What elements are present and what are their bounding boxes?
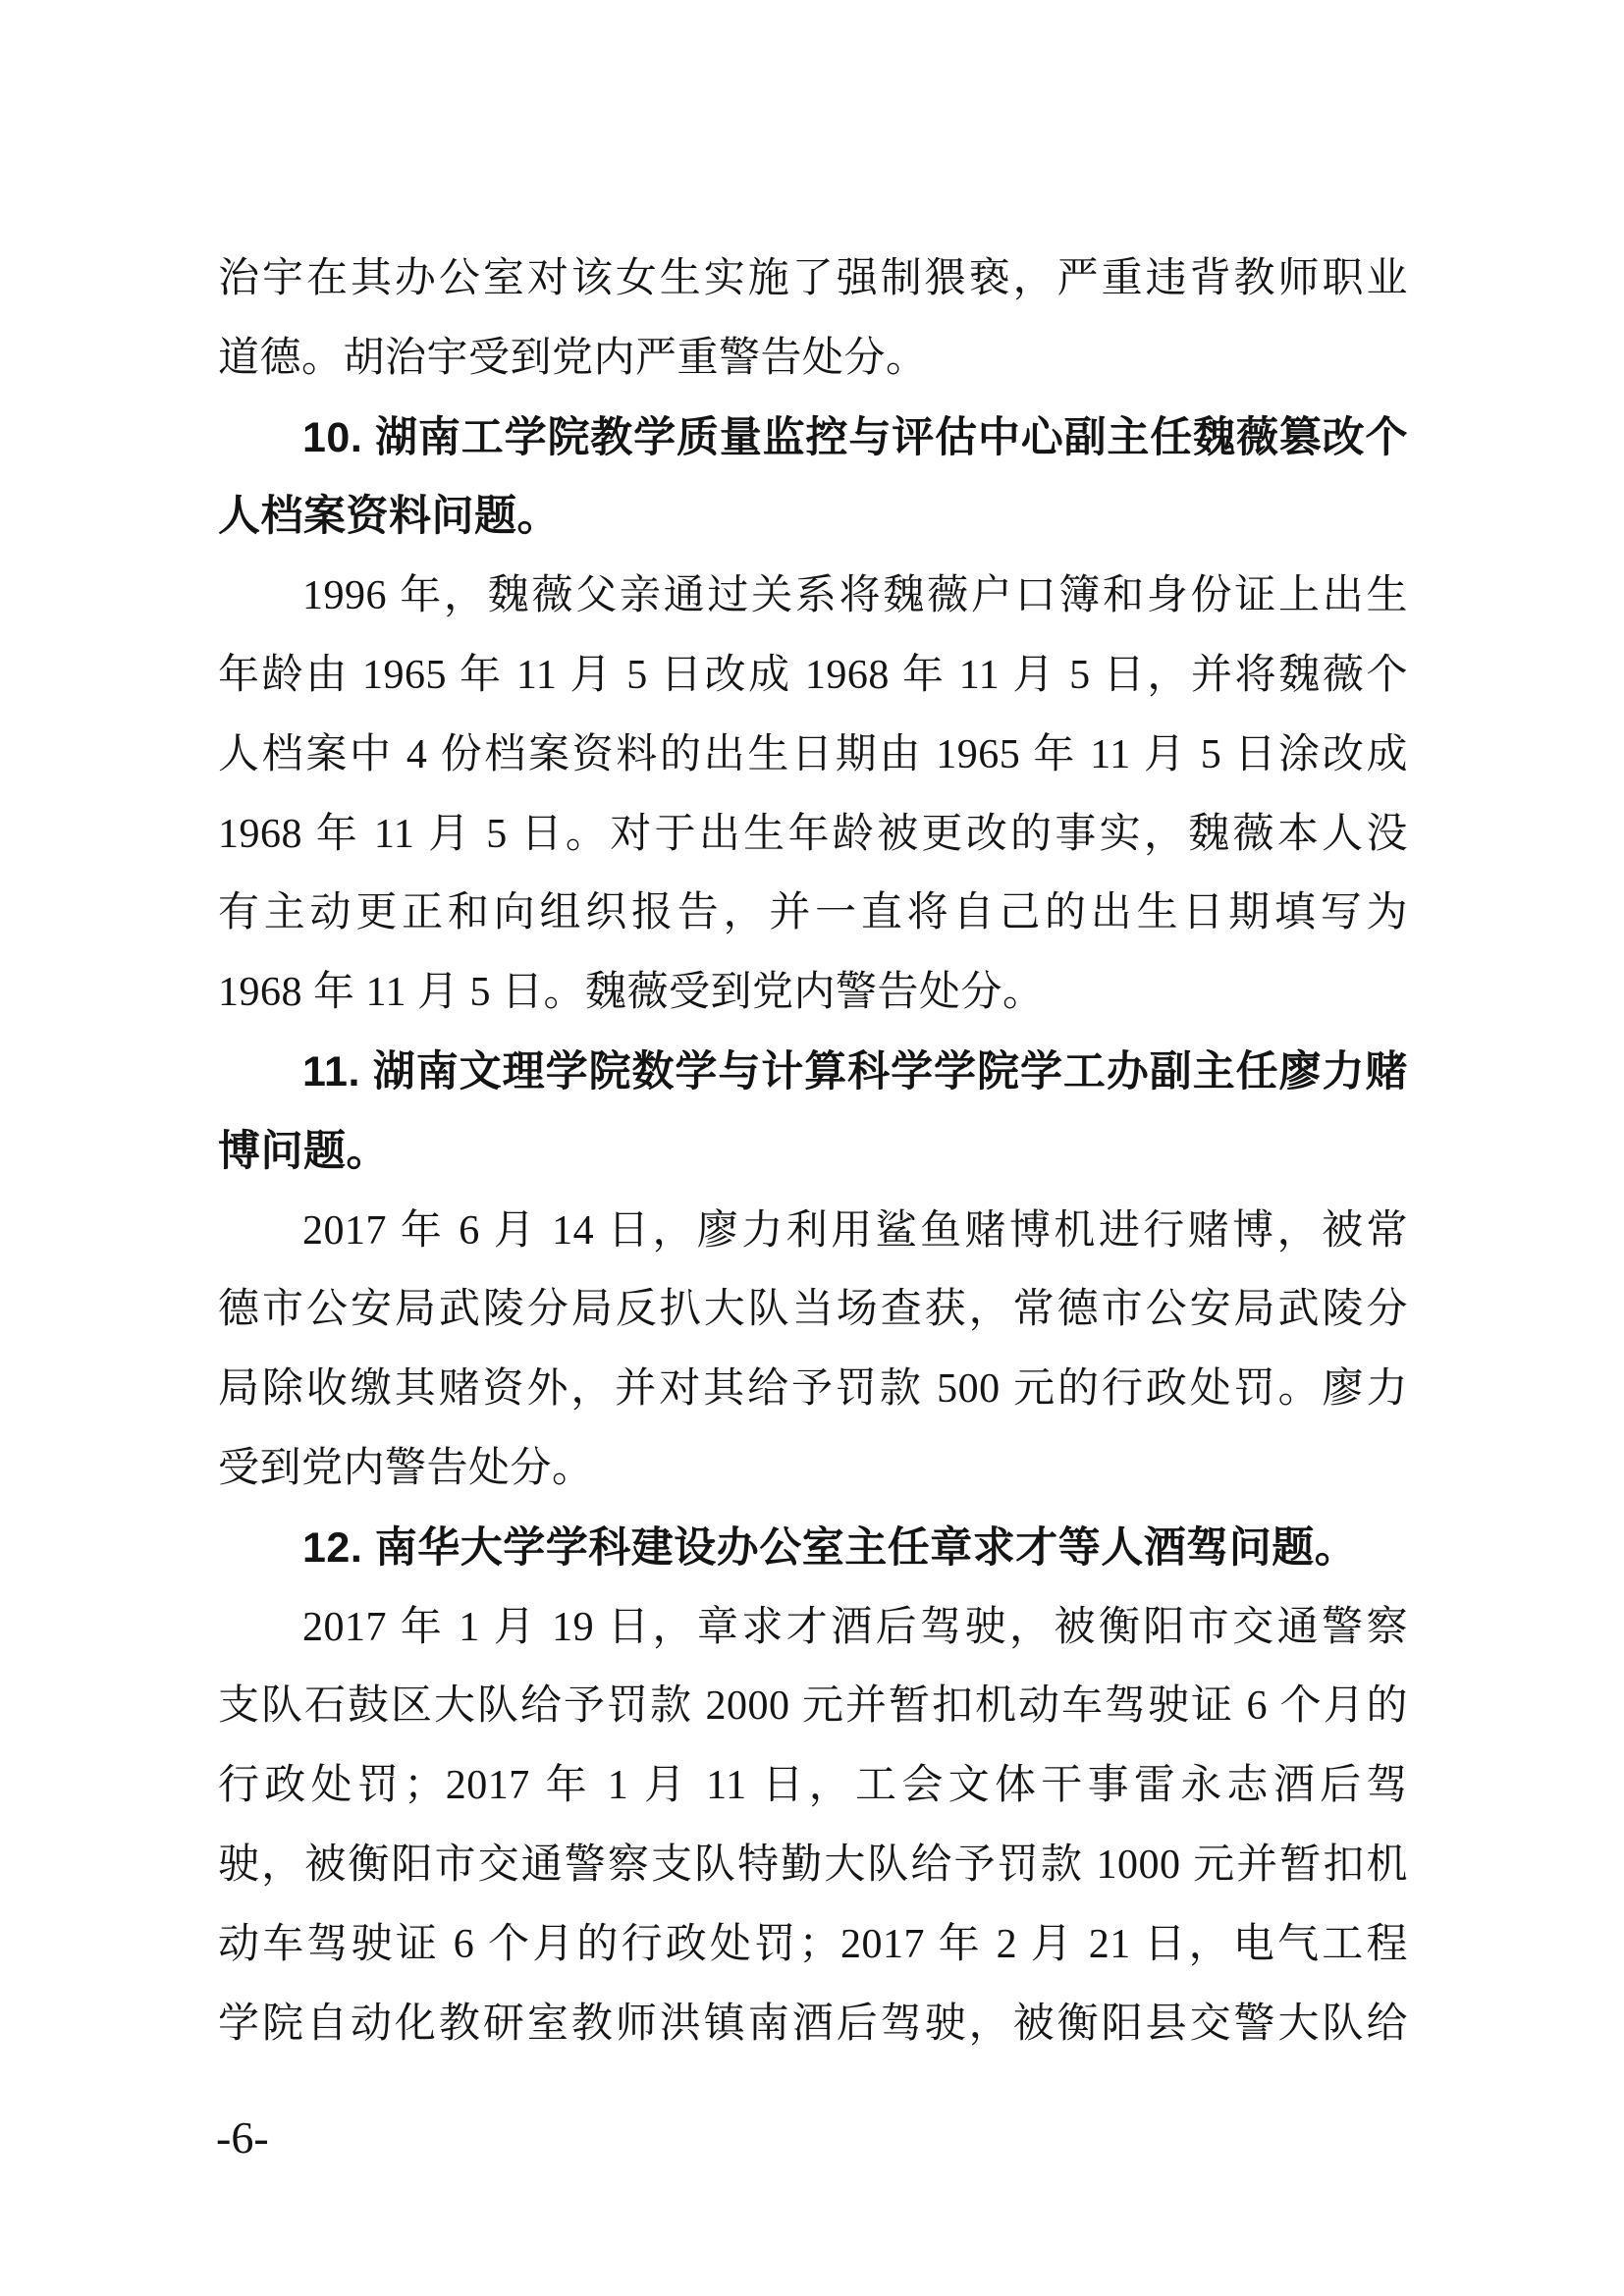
body-line: 行政处罚；2017 年 1 月 11 日，工会文体干事雷永志酒后驾 (218, 1746, 1408, 1826)
body-line: 受到党内警告处分。 (218, 1429, 1408, 1509)
document-page-background: { "page": { "background": "#ffffff", "te… (0, 0, 1624, 2296)
body-line: 局除收缴其赌资外，并对其给予罚款 500 元的行政处罚。廖力 (218, 1350, 1408, 1429)
heading-line: 12. 南华大学学科建设办公室主任章求才等人酒驾问题。 (218, 1509, 1408, 1588)
body-line: 治宇在其办公室对该女生实施了强制猥亵，严重违背教师职业 (218, 240, 1408, 319)
body-line: 1968 年 11 月 5 日。对于出生年龄被更改的事实，魏薇本人没 (218, 795, 1408, 875)
body-line: 学院自动化教研室教师洪镇南酒后驾驶，被衡阳县交警大队给 (218, 1985, 1408, 2064)
heading-line: 人档案资料问题。 (218, 477, 1408, 557)
page-number: -6- (216, 2112, 269, 2163)
heading-line: 10. 湖南工学院教学质量监控与评估中心副主任魏薇篡改个 (218, 399, 1408, 478)
body-line: 驶，被衡阳市交通警察支队特勤大队给予罚款 1000 元并暂扣机 (218, 1826, 1408, 1905)
body-line: 人档案中 4 份档案资料的出生日期由 1965 年 11 月 5 日涂改成 (218, 716, 1408, 795)
body-line: 道德。胡治宇受到党内严重警告处分。 (218, 319, 1408, 399)
heading-line: 博问题。 (218, 1112, 1408, 1192)
document-page: 治宇在其办公室对该女生实施了强制猥亵，严重违背教师职业 道德。胡治宇受到党内严重… (0, 0, 1624, 2296)
body-line: 2017 年 1 月 19 日，章求才酒后驾驶，被衡阳市交通警察 (218, 1588, 1408, 1668)
document-text-block: 治宇在其办公室对该女生实施了强制猥亵，严重违背教师职业 道德。胡治宇受到党内严重… (218, 240, 1408, 2063)
body-line: 年龄由 1965 年 11 月 5 日改成 1968 年 11 月 5 日，并将… (218, 636, 1408, 716)
body-line: 德市公安局武陵分局反扒大队当场查获，常德市公安局武陵分 (218, 1270, 1408, 1350)
body-line: 1968 年 11 月 5 日。魏薇受到党内警告处分。 (218, 953, 1408, 1033)
body-line: 支队石鼓区大队给予罚款 2000 元并暂扣机动车驾驶证 6 个月的 (218, 1667, 1408, 1746)
body-line: 2017 年 6 月 14 日，廖力利用鲨鱼赌博机进行赌博，被常 (218, 1192, 1408, 1271)
body-line: 动车驾驶证 6 个月的行政处罚；2017 年 2 月 21 日，电气工程 (218, 1905, 1408, 1985)
heading-line: 11. 湖南文理学院数学与计算科学学院学工办副主任廖力赌 (218, 1033, 1408, 1112)
body-line: 有主动更正和向组织报告，并一直将自己的出生日期填写为 (218, 874, 1408, 953)
body-line: 1996 年，魏薇父亲通过关系将魏薇户口簿和身份证上出生 (218, 557, 1408, 636)
